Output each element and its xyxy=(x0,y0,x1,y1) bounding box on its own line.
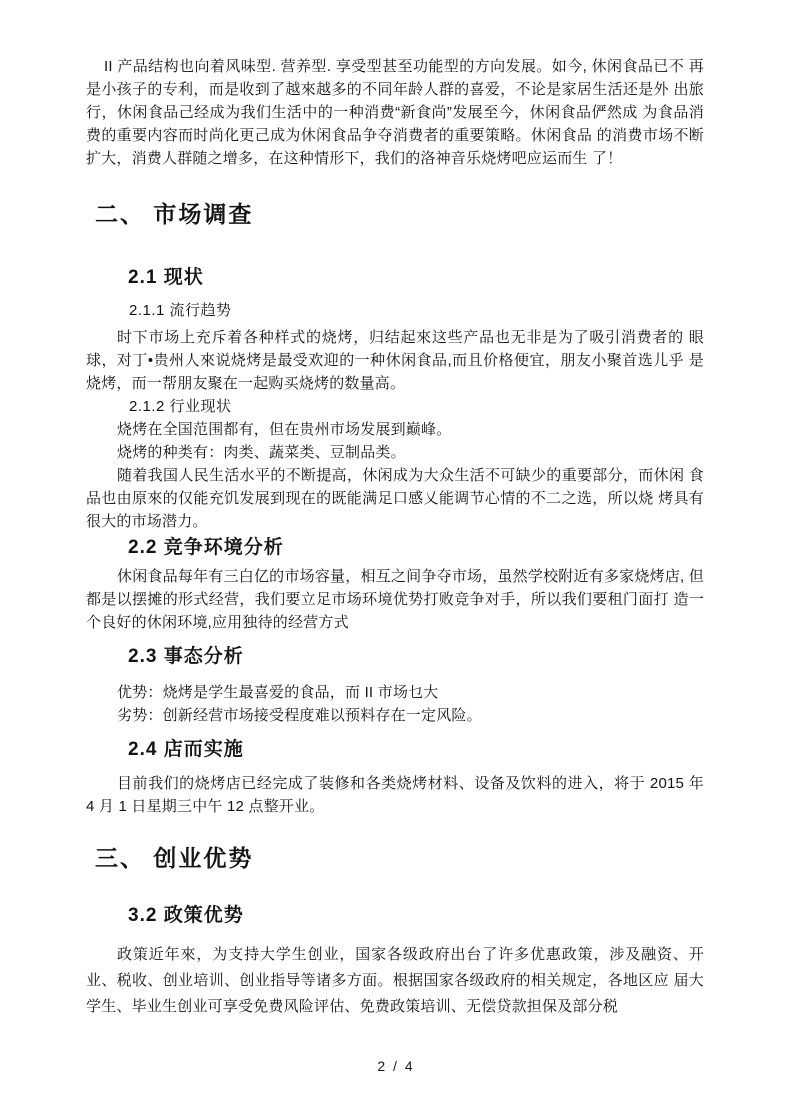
implementation-paragraph: 目前我们的烧烤店已经完成了装修和各类烧烤材料、设备及饮料的进入，将于 2015 … xyxy=(86,772,704,818)
page-number-indicator: 2 / 4 xyxy=(0,1058,792,1074)
industry-potential-paragraph: 随着我国人民生活水平的不断提高，休闲成为大众生活不可缺少的重要部分，而休闲 食品… xyxy=(86,464,704,533)
section-heading-market-survey: 二、 市场调查 xyxy=(95,197,704,231)
industry-types-line: 烧烤的种类有：肉类、蔬菜类、豆制品类。 xyxy=(86,441,704,464)
intro-paragraph: II 产品结构也向着风味型. 营养型. 享受型甚至功能型的方向发展。如今, 休闲… xyxy=(86,55,704,170)
competition-paragraph: 休闲食品每年有三白亿的市场容量，相互之间争夺市场，虽然学校附近有多家烧烤店, 但… xyxy=(86,565,704,634)
subsubsection-heading-industry: 2.1.2 行业现状 xyxy=(129,395,704,418)
document-content: II 产品结构也向着风味型. 营养型. 享受型甚至功能型的方向发展。如今, 休闲… xyxy=(86,0,704,1020)
policy-paragraph: 政策近年來，为支持大学生创业，国家各级政府出台了许多优惠政策，涉及融资、开 业、… xyxy=(86,942,704,1020)
subsection-heading-competition: 2.2 竞争环境分析 xyxy=(128,534,704,561)
subsection-heading-swot: 2.3 事态分析 xyxy=(128,643,704,670)
weakness-line: 劣势：创新经营市场接受程度难以预料存在一定风险。 xyxy=(86,704,704,727)
section-heading-advantages: 三、 创业优势 xyxy=(95,841,704,875)
trend-paragraph: 时下市场上充斥着各种样式的烧烤，归结起來这些产品也无非是为了吸引消费者的 眼球，… xyxy=(86,326,704,395)
strength-line: 优势：烧烤是学生最喜爱的食品，而 II 市场乜大 xyxy=(86,681,704,704)
subsection-heading-policy: 3.2 政策优势 xyxy=(128,902,704,929)
subsection-heading-implementation: 2.4 店而实施 xyxy=(128,736,704,763)
subsubsection-heading-trend: 2.1.1 流行趋势 xyxy=(129,299,704,322)
industry-scope-line: 烧烤在全国范围都有，但在贵州市场发展到巅峰。 xyxy=(86,418,704,441)
document-page: II 产品结构也向着风味型. 营养型. 享受型甚至功能型的方向发展。如今, 休闲… xyxy=(0,0,792,1119)
subsection-heading-status: 2.1 现状 xyxy=(128,264,704,291)
